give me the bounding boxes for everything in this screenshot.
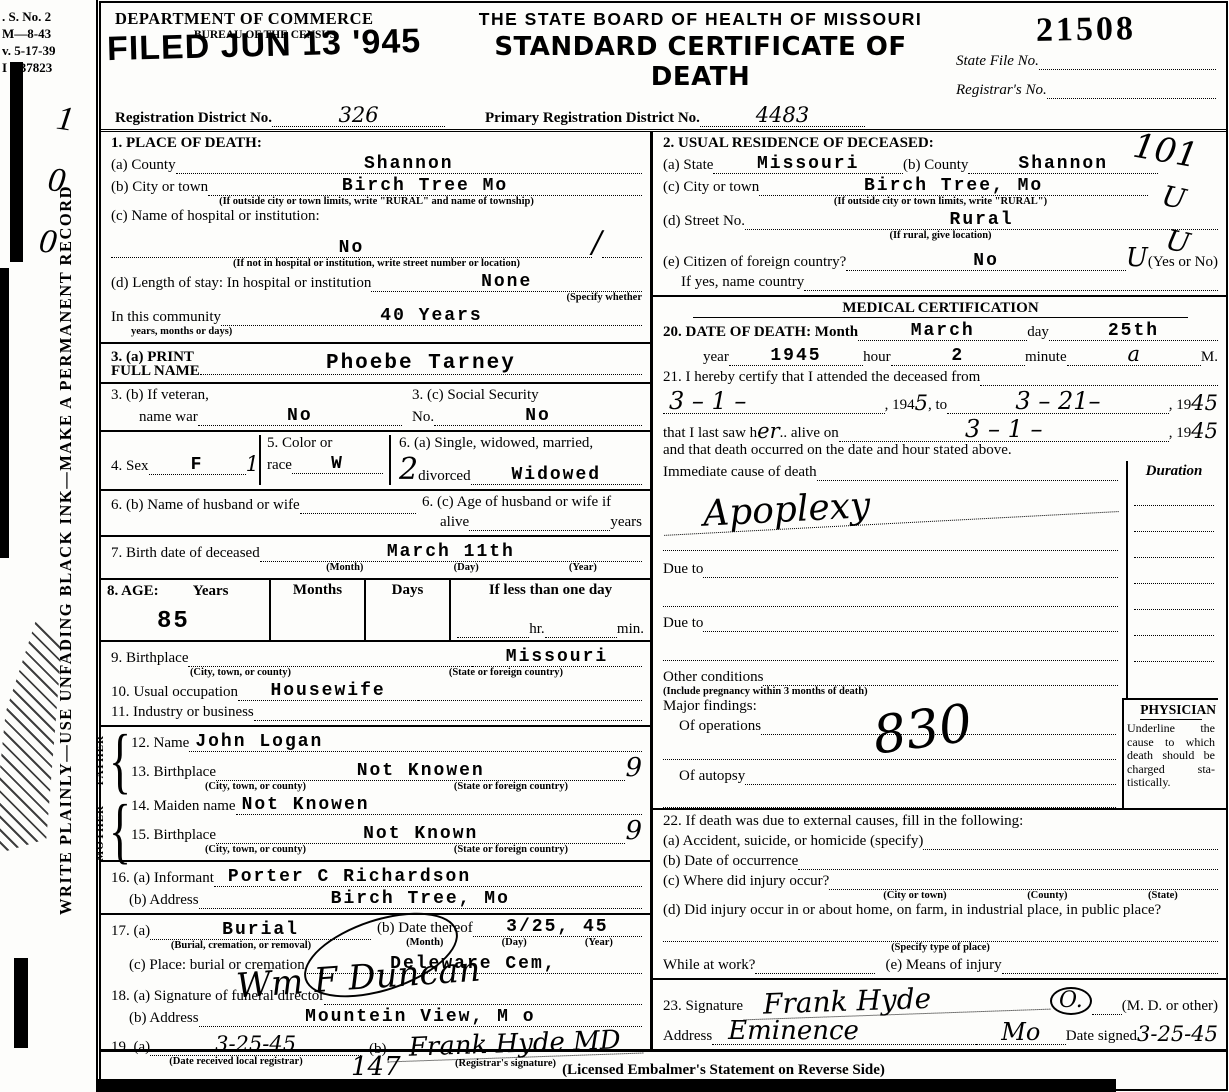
mother-side-label: MOTHER [94, 805, 106, 861]
age-less-label: If less than one day [457, 582, 644, 599]
external-a-line [923, 847, 1218, 850]
city-label: (b) City or town [111, 179, 208, 196]
blank [602, 255, 642, 258]
stay-note: (Specify whether [111, 292, 642, 304]
section-place-of-death: 1. PLACE OF DEATH: (a) CountyShannon (b)… [101, 132, 650, 344]
stock-code-line: M—8-43 [2, 25, 55, 42]
certify-line4: and that death occurred on the date and … [663, 442, 1218, 459]
informant-label: 16. (a) Informant [111, 870, 214, 887]
last-saw-post: .. alive on [780, 425, 839, 442]
year-prefix1: , 194 [885, 397, 915, 414]
blank [1092, 1012, 1122, 1015]
citizen-value: No [846, 252, 1126, 271]
spouse-blank [300, 511, 416, 514]
birthdate-value: March 11th [260, 543, 642, 562]
right-column: 101 U U 2. USUAL RESIDENCE OF DECEASED: … [653, 132, 1226, 1049]
city-value: Birch Tree Mo [208, 177, 642, 196]
duration-column: Duration [1126, 461, 1218, 698]
duration-line [1134, 558, 1214, 584]
dod-day-label: day [1027, 324, 1049, 341]
autopsy-line [745, 782, 1116, 785]
sex-hand-mark: 1 [246, 454, 259, 475]
name-war-label: name war [111, 409, 198, 426]
father-bp-value: Not Knowen [216, 762, 625, 781]
duration-line [1134, 636, 1214, 662]
section-spouse: 6. (b) Name of husband or wife 6. (c) Ag… [101, 491, 650, 537]
section-informant: 16. (a) InformantPorter C Richardson (b)… [101, 862, 650, 915]
operations-label: Of operations [663, 718, 761, 735]
signature-addr-state-hand: Mo [976, 1020, 1066, 1045]
date-signed-value: 3-25-45 [1137, 1024, 1218, 1045]
physician-note: Underline the cause to which death shoul… [1127, 722, 1215, 790]
blank [663, 604, 1118, 607]
due-to1-line [703, 575, 1118, 578]
years-note: years [610, 514, 642, 531]
min-label: min. [617, 621, 644, 638]
other-conditions-note: (Include pregnancy within 3 months of de… [663, 686, 1118, 698]
duration-label: Duration [1134, 463, 1214, 480]
physician-signature-hand: Frank Hyde [743, 981, 1051, 1021]
blank [418, 698, 642, 701]
state-file-number-stamp: 21508 [956, 9, 1217, 52]
year-note: (Year) [569, 562, 597, 574]
footer-number-hand: 147 [351, 1054, 401, 1080]
birthplace-label: 9. Birthplace [111, 650, 188, 667]
state-file-label: State File No. [956, 53, 1039, 70]
res-state-label: (a) State [663, 157, 713, 174]
physician-title: PHYSICIAN [1140, 702, 1202, 720]
father-name-value: John Logan [189, 733, 642, 752]
left-margin: . S. No. 2 M—8-43 v. 5-17-39 I X37823 1 … [0, 0, 96, 1092]
citizen-label: (e) Citizen of foreign country? [663, 254, 846, 271]
duration-line [1134, 584, 1214, 610]
age-days-label: Days [366, 580, 451, 640]
parents-note3: (City, town, or county) [205, 844, 306, 856]
parents-note1: (City, town, or county) [205, 781, 306, 793]
age-years-value: 85 [107, 600, 263, 638]
country-label: If yes, name country [663, 274, 804, 291]
age-label: 8. AGE: [107, 583, 159, 599]
res-street-value: Rural [745, 211, 1218, 230]
physician-box: PHYSICIAN Underline the cause to which d… [1122, 698, 1218, 808]
external-e-line [1002, 971, 1218, 974]
marital-label: 6. (a) Single, widowed, married, [399, 435, 642, 452]
embalmer-statement-note: (Licensed Embalmer's Statement on Revers… [101, 1062, 1226, 1079]
stay-label: (d) Length of stay: In hospital or insti… [111, 275, 371, 292]
informant-value: Porter C Richardson [214, 868, 642, 887]
section-external-causes: 22. If death was due to external causes,… [653, 808, 1226, 980]
hr-label: hr. [529, 621, 544, 638]
to-label: , to [928, 397, 947, 414]
blank [663, 548, 1118, 551]
informant-addr-label: (b) Address [111, 892, 199, 909]
signature-label: 23. Signature [663, 998, 743, 1015]
hospital-hand-mark: / [592, 228, 602, 258]
dod-hour: 2 [891, 347, 1025, 366]
cause-label: Immediate cause of death [663, 464, 817, 481]
sex-label: 4. Sex [111, 458, 149, 475]
left-column: 1. PLACE OF DEATH: (a) CountyShannon (b)… [101, 132, 653, 1049]
external-e-label: (e) Means of injury [875, 957, 1001, 974]
attended-to-value: 3 – 21– [947, 389, 1169, 414]
mother-name-value: Not Knowen [236, 796, 642, 815]
attended-to-year: 45 [1191, 393, 1218, 414]
section-sex-race-marital: 4. SexF1 5. Color or raceW 6. (a) Single… [101, 432, 650, 491]
duration-line [1134, 610, 1214, 636]
ss-value: No [434, 407, 642, 426]
section-parents: FATHER { MOTHER { 12. NameJohn Logan 13.… [101, 727, 650, 862]
mother-name-label: 14. Maiden name [131, 798, 236, 815]
margin-instruction: WRITE PLAINLY—USE UNFADING BLACK INK—MAK… [56, 60, 86, 1040]
signature-addr-label: Address [663, 1028, 712, 1045]
work-blank [755, 971, 875, 974]
section-birthplace-occupation: 9. BirthplaceMissouri (City, town, or co… [101, 642, 650, 727]
res-county-label: (b) County [903, 157, 968, 174]
external-note-city: (City or town) [883, 890, 946, 902]
external-d-label: (d) Did injury occur in or about home, o… [663, 902, 1218, 919]
informant-addr-value: Birch Tree, Mo [199, 890, 642, 909]
community-note: years, months or days) [111, 326, 642, 338]
burial-day-note: (Day) [502, 937, 527, 949]
external-b-label: (b) Date of occurrence [663, 853, 798, 870]
full-name-label: FULL NAME [111, 363, 200, 379]
race-label2: race [267, 457, 292, 474]
operations-hand-value: 830 [870, 697, 976, 762]
mother-brace: { [109, 787, 131, 872]
hospital-label: (c) Name of hospital or institution: [111, 208, 642, 225]
signature-circle-mark: O. [1050, 987, 1092, 1015]
veteran-label: 3. (b) If veteran, [111, 387, 402, 404]
sex-value: F [149, 456, 246, 475]
father-bp-label: 13. Birthplace [131, 764, 216, 781]
dod-year-label: year [703, 349, 729, 366]
board-title: THE STATE BOARD OF HEALTH OF MISSOURI [445, 9, 956, 30]
industry-blank [254, 718, 642, 721]
section-residence: 101 U U 2. USUAL RESIDENCE OF DECEASED: … [653, 132, 1226, 297]
due-to2-line [703, 629, 1118, 632]
reg-district-value: 326 [272, 105, 445, 127]
blank [980, 383, 1218, 386]
res-street-note: (If rural, give location) [663, 230, 1218, 242]
parents-note4: (State or foreign country) [454, 844, 568, 856]
birthplace-note2: (State or foreign country) [449, 667, 563, 679]
burial-year-note: (Year) [585, 937, 613, 949]
blank [457, 635, 529, 638]
director-signature-line [324, 1002, 642, 1005]
external-heading: 22. If death was due to external causes,… [663, 813, 1218, 830]
alive-label: alive [422, 514, 469, 531]
residence-mark-u1: U [1160, 182, 1189, 214]
occupation-label: 10. Usual occupation [111, 684, 238, 701]
certify-line1: 21. I hereby certify that I attended the… [663, 369, 980, 386]
day-note: (Day) [454, 562, 479, 574]
autopsy-label: Of autopsy [663, 768, 745, 785]
signature-note: (M. D. or other) [1122, 998, 1218, 1015]
blank [663, 658, 1118, 661]
external-c-label: (c) Where did injury occur? [663, 873, 829, 890]
father-bp-mark: 9 [625, 755, 642, 781]
dod-minute-label: minute [1025, 349, 1067, 366]
ss-label: 3. (c) Social Security [412, 387, 642, 404]
res-state-value: Missouri [713, 155, 903, 174]
hospital-value: No [291, 239, 411, 258]
spouse-label: 6. (b) Name of husband or wife [111, 497, 300, 514]
registrars-no-blank [1047, 96, 1216, 99]
stock-code-line: v. 5-17-39 [2, 42, 55, 59]
divorced-label: divorced [418, 468, 470, 485]
county-label: (a) County [111, 157, 176, 174]
citizen-hand-mark: U [1126, 245, 1148, 271]
ink-smudge [0, 268, 9, 558]
director-addr-label: (b) Address [111, 1010, 199, 1027]
primary-district-value: 4483 [700, 105, 865, 127]
place-heading: 1. PLACE OF DEATH: [111, 135, 642, 152]
last-saw-hand: er [757, 421, 779, 442]
duration-line [1134, 506, 1214, 532]
father-side-label: FATHER [94, 735, 106, 785]
duration-line [1134, 532, 1214, 558]
reg-district-label: Registration District No. [115, 110, 272, 127]
director-addr-value: Mountein View, M o [199, 1008, 642, 1027]
res-street-label: (d) Street No. [663, 213, 745, 230]
race-label: 5. Color or [267, 435, 383, 452]
external-d-note: (Specify type of place) [663, 942, 1218, 954]
certificate-form: DEPARTMENT OF COMMERCE BUREAU OF THE CEN… [96, 0, 1229, 1092]
burial-label: 17. (a) [111, 923, 150, 940]
dod-month: March [858, 322, 1027, 341]
external-a-label: (a) Accident, suicide, or homicide (spec… [663, 833, 923, 850]
res-city-value: Birch Tree, Mo [759, 177, 1148, 196]
birthplace-note1: (City, town, or county) [190, 667, 291, 679]
section-birthdate: 7. Birth date of deceasedMarch 11th (Mon… [101, 537, 650, 580]
registrars-no-label: Registrar's No. [956, 82, 1047, 99]
primary-district-label: Primary Registration District No. [485, 110, 700, 127]
birthdate-label: 7. Birth date of deceased [111, 545, 260, 562]
mother-bp-value: Not Known [216, 825, 625, 844]
section-physician-signature: 23. Signature Frank Hyde O. (M. D. or ot… [653, 980, 1226, 1049]
duration-line [1134, 480, 1214, 506]
section-age: 8. AGE: Years 85 Months Days If less tha… [101, 580, 650, 642]
mother-bp-mark: 9 [625, 818, 642, 844]
spouse-age-label: 6. (c) Age of husband or wife if [422, 494, 642, 511]
year-prefix3: , 19 [1169, 425, 1192, 442]
external-note-state: (State) [1148, 890, 1178, 902]
certificate-title: STANDARD CERTIFICATE OF DEATH [445, 32, 956, 92]
scan-artifact-bar [96, 1079, 1116, 1092]
res-city-note: (If outside city or town limits, write "… [663, 196, 1218, 208]
industry-label: 11. Industry or business [111, 704, 254, 721]
due-to1-label: Due to [663, 561, 703, 578]
due-to2-label: Due to [663, 615, 703, 632]
ss-no-label: No. [412, 409, 434, 426]
res-city-label: (c) City or town [663, 179, 759, 196]
marital-value: Widowed [471, 466, 642, 485]
country-blank [804, 288, 1218, 291]
dod-day: 25th [1049, 322, 1218, 341]
year-prefix2: , 19 [1169, 397, 1192, 414]
blank [545, 635, 617, 638]
spouse-age-blank [469, 528, 610, 531]
month-note: (Month) [326, 562, 363, 574]
dod-hour-label: hour [863, 349, 891, 366]
work-label: While at work? [663, 957, 755, 974]
father-name-label: 12. Name [131, 735, 189, 752]
attended-from-year: 5 [915, 393, 928, 414]
medical-heading: MEDICAL CERTIFICATION [693, 300, 1188, 318]
residence-mark-101: 101 [1131, 129, 1201, 174]
section-full-name: 3. (a) PRINT FULL NAME Phoebe Tarney [101, 344, 650, 384]
other-conditions-label: Other conditions [663, 669, 763, 686]
occupation-value: Housewife [238, 682, 418, 701]
dod-m-label: M. [1201, 349, 1218, 366]
ink-smudge [10, 62, 23, 262]
death-certificate-scan: . S. No. 2 M—8-43 v. 5-17-39 I X37823 1 … [0, 0, 1229, 1092]
race-value: W [292, 455, 383, 474]
parents-note2: (State or foreign country) [454, 781, 568, 793]
filed-stamp: FILED JUN 13 '945 [107, 22, 422, 69]
external-note-county: (County) [1027, 890, 1067, 902]
form-header: DEPARTMENT OF COMMERCE BUREAU OF THE CEN… [101, 3, 1226, 132]
dod-label: 20. DATE OF DEATH: Month [663, 324, 858, 341]
last-saw-pre: that I last saw h [663, 425, 757, 442]
state-file-blank [1039, 67, 1216, 70]
mother-bp-label: 15. Birthplace [131, 827, 216, 844]
stock-code-line: . S. No. 2 [2, 8, 55, 25]
community-value: 40 Years [221, 307, 642, 326]
last-saw-date: 3 – 1 – [839, 417, 1169, 442]
age-months-label: Months [271, 580, 366, 640]
hospital-note: (If not in hospital or institution, writ… [111, 258, 642, 270]
county-value: Shannon [176, 155, 642, 174]
full-name-value: Phoebe Tarney [200, 353, 642, 375]
stay-value: None [371, 273, 642, 292]
age-years-label: Years [163, 583, 229, 599]
attended-from-value: 3 – 1 – [663, 389, 885, 414]
birthplace-value: Missouri [472, 648, 642, 667]
burial-date-value: 3/25, 45 [473, 918, 642, 937]
date-signed-label: Date signed [1066, 1028, 1137, 1045]
section-veteran-ss: 3. (b) If veteran, name warNo 3. (c) Soc… [101, 384, 650, 432]
dod-year: 1945 [729, 347, 863, 366]
ink-smudge [14, 958, 28, 1048]
last-saw-year: 45 [1191, 421, 1218, 442]
dod-minute-mark: a [1067, 344, 1201, 366]
external-b-line [798, 867, 1218, 870]
veteran-value: No [198, 407, 402, 426]
community-label: In this community [111, 309, 221, 326]
city-note: (If outside city or town limits, write "… [111, 196, 642, 208]
marital-hand-mark: 2 [399, 455, 418, 485]
section-medical: MEDICAL CERTIFICATION 20. DATE OF DEATH:… [653, 297, 1226, 808]
signature-addr-hand: Eminence [712, 1018, 976, 1045]
